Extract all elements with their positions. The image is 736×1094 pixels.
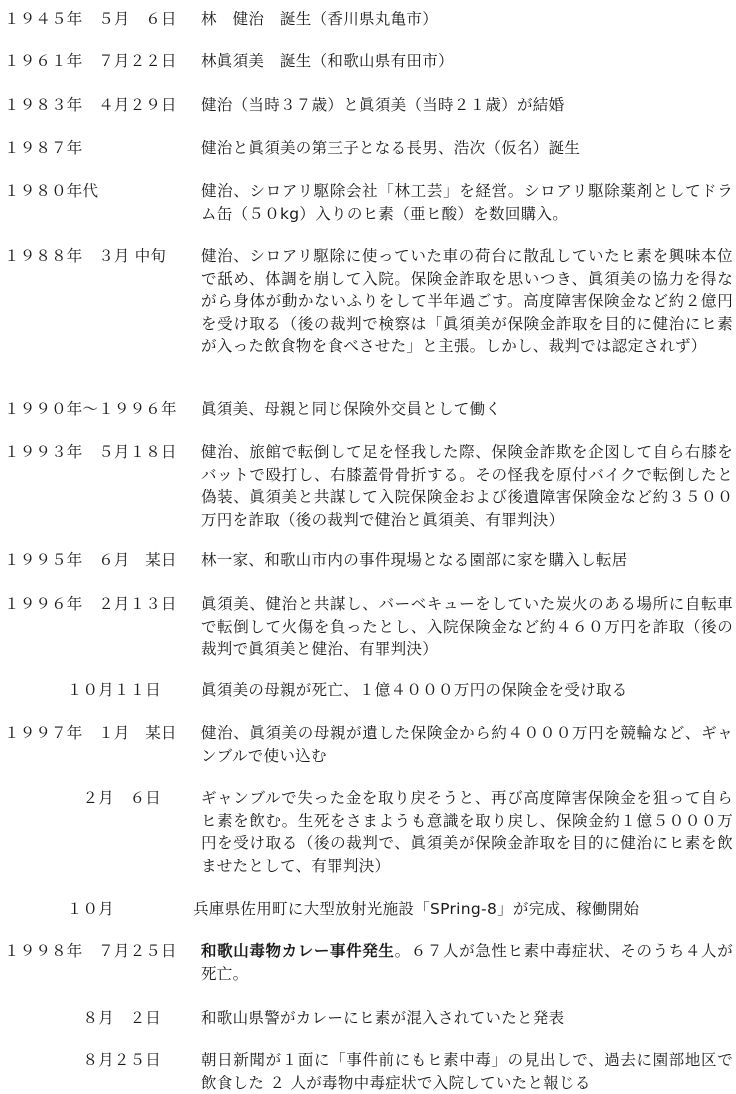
entry-description: 林一家、和歌山市内の事件現場となる園部に家を購入し転居: [201, 549, 733, 572]
event-headline: 和歌山毒物カレー事件発生: [201, 942, 395, 960]
entry-date: １９８８年 ３月 中旬: [4, 245, 166, 268]
entry-date: ２月 ６日: [4, 787, 161, 810]
entry-date: １９４５年 ５月 ６日: [4, 8, 177, 31]
entry-date: １９９３年 ５月１８日: [4, 441, 177, 464]
entry-date: ８月２５日: [4, 1049, 161, 1072]
entry-description: 眞須美の母親が死亡、１億４０００万円の保険金を受け取る: [201, 679, 733, 702]
entry-description: 健治（当時３７歳）と眞須美（当時２１歳）が結婚: [201, 94, 733, 117]
entry-description: 健治と眞須美の第三子となる長男、浩次（仮名）誕生: [201, 137, 733, 160]
entry-date: ８月 ２日: [4, 1007, 161, 1030]
entry-date: １０月: [4, 898, 114, 921]
entry-description: ギャンブルで失った金を取り戻そうと、再び高度障害保険金を狙って自らヒ素を飲む。生…: [201, 787, 733, 877]
entry-description: 兵庫県佐用町に大型放射光施設「SPring-8」が完成、稼働開始: [193, 898, 725, 921]
entry-description: 和歌山毒物カレー事件発生。６７人が急性ヒ素中毒症状、そのうち４人が死亡。: [201, 940, 733, 985]
entry-description: 健治、シロアリ駆除会社「林工芸」を経営。シロアリ駆除薬剤としてドラム缶（５０kg…: [201, 180, 733, 225]
entry-date: １９９５年 ６月 某日: [4, 549, 177, 572]
entry-description: 健治、シロアリ駆除に使っていた車の荷台に散乱していたヒ素を興味本位で舐め、体調を…: [201, 245, 733, 358]
entry-description: 眞須美、健治と共謀し、バーベキューをしていた炭火のある場所に自転車で転倒して火傷…: [201, 593, 733, 661]
entry-description: 健治、眞須美の母親が遺した保険金から約４０００万円を競輪など、ギャンブルで使い込…: [201, 722, 733, 767]
entry-description: 健治、旅館で転倒して足を怪我した際、保険金詐欺を企図して自ら右膝をバットで殴打し…: [201, 441, 733, 531]
entry-date: １９９８年 ７月２５日: [4, 940, 177, 963]
entry-date: １９９６年 ２月１３日: [4, 593, 177, 616]
entry-date: １９８３年 ４月２９日: [4, 94, 177, 117]
entry-date: １９８０年代: [4, 180, 98, 203]
entry-date: １９８７年: [4, 137, 83, 160]
entry-date: １９６１年 ７月２２日: [4, 50, 177, 73]
entry-description: 林眞須美 誕生（和歌山県有田市）: [201, 50, 733, 73]
entry-description: 林 健治 誕生（香川県丸亀市）: [201, 8, 733, 31]
entry-description: 和歌山県警がカレーにヒ素が混入されていたと発表: [201, 1007, 733, 1030]
entry-description: 眞須美、母親と同じ保険外交員として働く: [201, 398, 733, 421]
entry-date: １９９０年～１９９６年: [4, 398, 177, 421]
entry-date: １９９７年 １月 某日: [4, 722, 177, 745]
entry-description: 朝日新聞が１面に「事件前にもヒ素中毒」の見出しで、過去に園部地区で飲食した ２ …: [201, 1049, 733, 1094]
entry-date: １０月１１日: [4, 679, 161, 702]
